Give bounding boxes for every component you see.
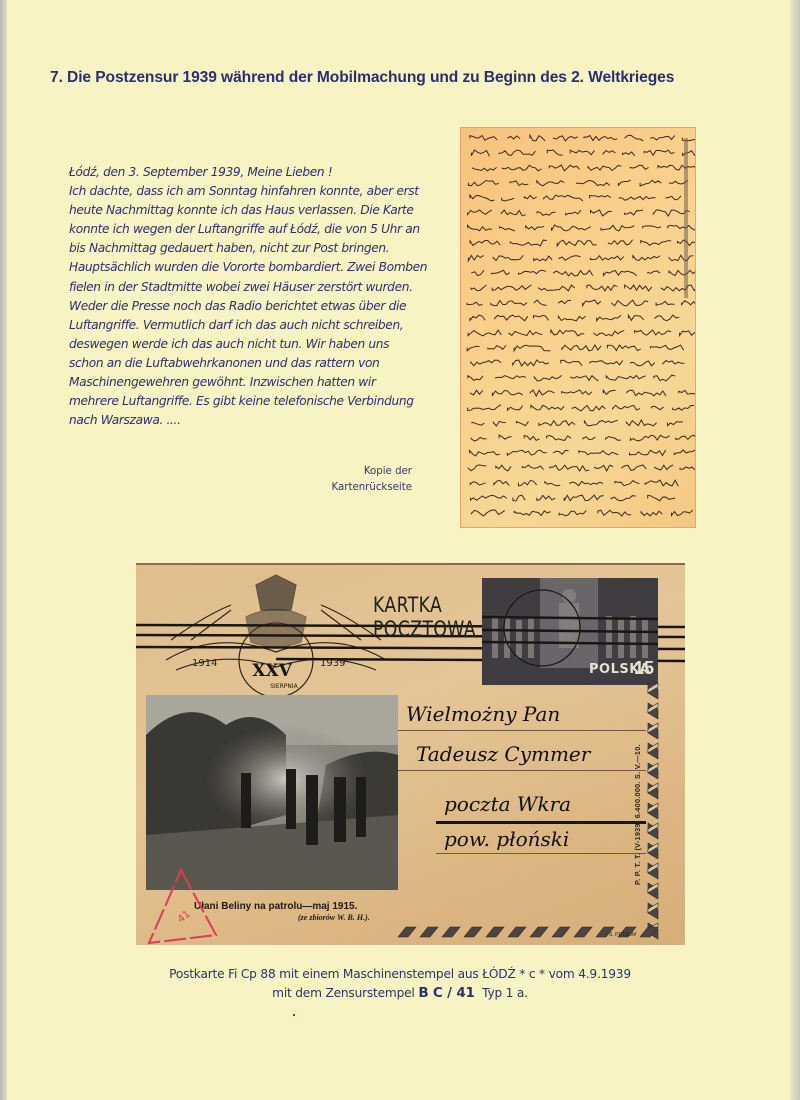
card-description: Postkarte Fi Cp 88 mit einem Maschinenst…	[0, 965, 800, 1003]
letter-line: Luftangriffe. Vermutlich darf ich das au…	[69, 316, 449, 335]
letter-line: Łódź, den 3. September 1939, Meine Liebe…	[69, 163, 449, 182]
page-edge-right	[790, 0, 800, 1100]
note-line-2: Kartenrückseite	[300, 480, 412, 496]
letter-line: nach Warszawa. ....	[69, 411, 449, 430]
letter-line: deswegen werde ich das auch nicht tun. W…	[69, 335, 449, 354]
note-line-1: Kopie der	[300, 464, 412, 480]
page-edge-left	[0, 0, 7, 1100]
letter-line: heute Nachmittag konnte ich das Haus ver…	[69, 201, 449, 220]
ribbon-border-icon	[136, 565, 685, 945]
card-back-copy-image	[460, 127, 696, 528]
artist-signature: S. PETRUM	[609, 932, 636, 938]
red-dot	[293, 1014, 295, 1016]
description-line-2: mit dem Zensurstempel B C / 41 Typ 1 a.	[0, 984, 800, 1003]
letter-line: Hauptsächlich wurden die Vororte bombard…	[69, 258, 449, 277]
letter-line: Maschinengewehren gewöhnt. Inzwischen ha…	[69, 373, 449, 392]
letter-line: konnte ich wegen der Luftangriffe auf Łó…	[69, 220, 449, 239]
censor-stamp-code: B C / 41	[418, 985, 474, 1001]
letter-line: Ich dachte, dass ich am Sonntag hinfahre…	[69, 182, 449, 201]
letter-line: bis Nachmittag gedauert haben, nicht zur…	[69, 239, 449, 258]
letter-line: schon an die Luftabwehrkanonen und das r…	[69, 354, 449, 373]
letter-line: Weder die Presse noch das Radio berichte…	[69, 297, 449, 316]
handwriting-scribbles	[461, 128, 696, 528]
page-title: 7. Die Postzensur 1939 während der Mobil…	[50, 69, 674, 87]
letter-line: fielen in der Stadtmitte wobei zwei Häus…	[69, 278, 449, 297]
letter-translation: Łódź, den 3. September 1939, Meine Liebe…	[69, 163, 449, 430]
back-copy-note: Kopie der Kartenrückseite	[300, 464, 412, 496]
letter-line: mehrere Luftangriffe. Es gibt keine tele…	[69, 392, 449, 411]
printer-imprint: P. P. T. T. (V-1939) 6.400.000. S. V.—10…	[633, 744, 642, 885]
description-line-1: Postkarte Fi Cp 88 mit einem Maschinenst…	[0, 965, 800, 984]
postcard-front-image: XXV SIERPNIA 1914 1939 KARTKA POCZTOWA P…	[136, 563, 685, 945]
